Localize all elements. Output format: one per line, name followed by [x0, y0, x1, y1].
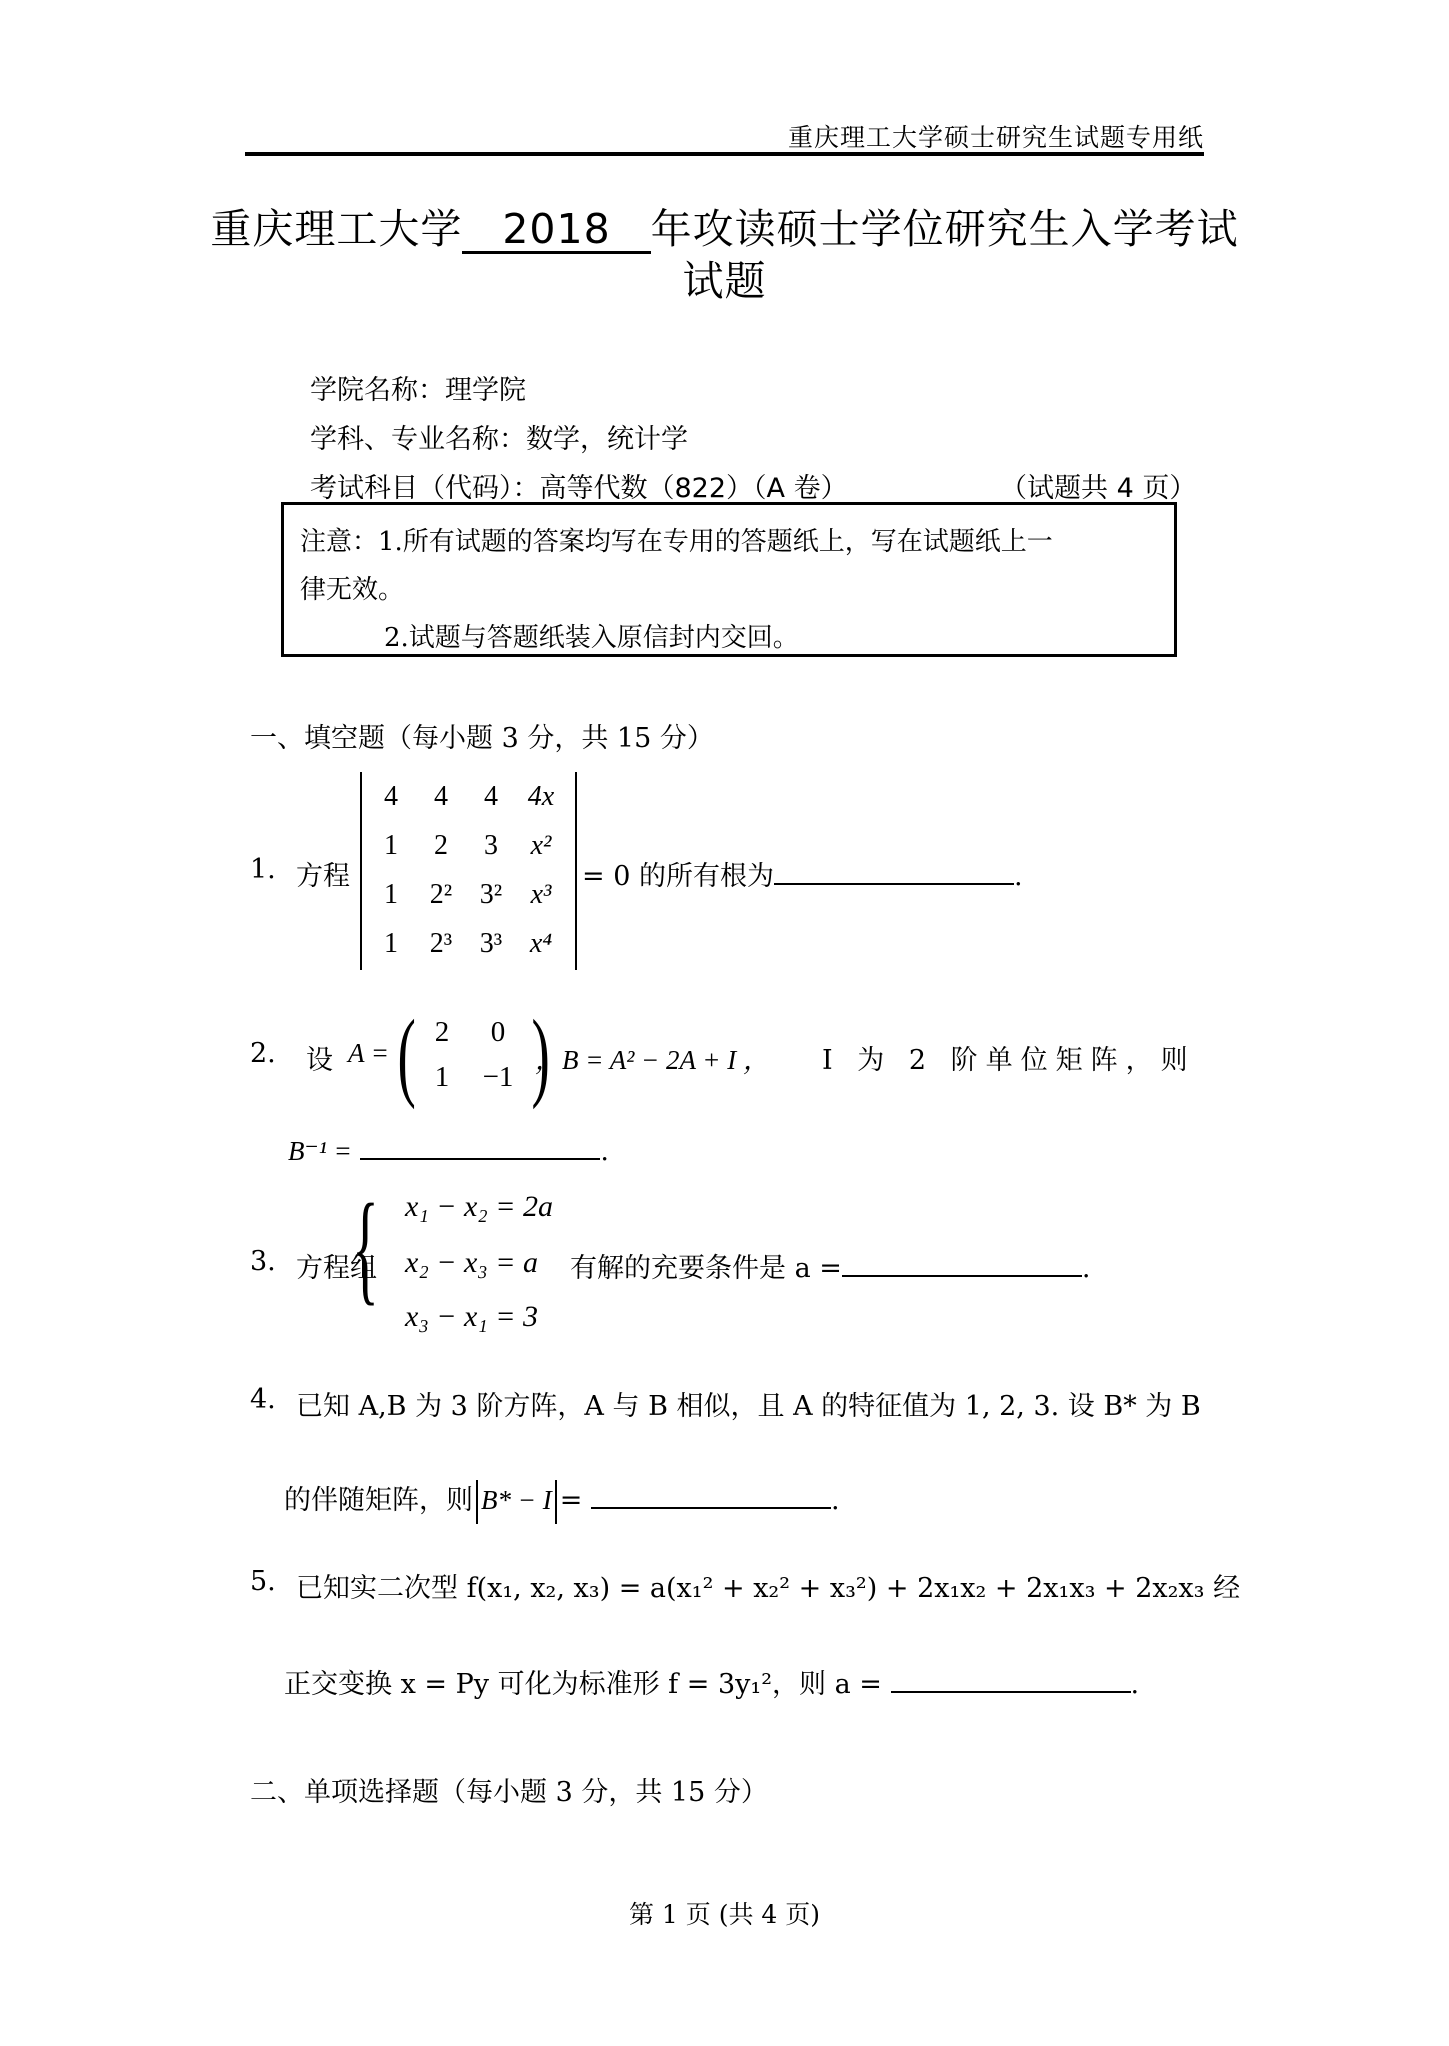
q1-tail: = 0 的所有根为.	[582, 854, 1023, 893]
q5-answer-blank[interactable]	[891, 1665, 1131, 1693]
section-2-heading: 二、单项选择题（每小题 3 分，共 15 分）	[250, 1770, 768, 1809]
q2-line2: B⁻¹ = .	[288, 1132, 609, 1167]
title-line2: 试题	[683, 257, 767, 305]
college-name: 学院名称：理学院	[310, 368, 526, 407]
q5-line2: 正交变换 x = Py 可化为标准形 f = 3y₁²，则 a = .	[284, 1662, 1139, 1701]
page-header-text: 重庆理工大学硕士研究生试题专用纸	[0, 118, 1204, 154]
q4-line1: 已知 A,B 为 3 阶方阵，A 与 B 相似，且 A 的特征值为 1, 2, …	[296, 1384, 1201, 1423]
q2-text: I 为 2 阶单位矩阵，则	[822, 1038, 1196, 1077]
title-year: 2018	[462, 207, 650, 254]
q5-number: 5.	[250, 1566, 276, 1597]
q3-eq-3: x₃ − x₁ = 3	[405, 1300, 538, 1334]
page-count: （试题共 4 页）	[1000, 466, 1196, 505]
q1-answer-blank[interactable]	[774, 857, 1014, 885]
section-1-heading: 一、填空题（每小题 3 分，共 15 分）	[250, 716, 714, 755]
notice-line-2: 律无效。	[300, 569, 404, 606]
q3-number: 3.	[250, 1246, 276, 1277]
notice-box: 注意：1.所有试题的答案均写在专用的答题纸上，写在试题纸上一 律无效。 2.试题…	[281, 502, 1177, 657]
header-rule	[245, 152, 1204, 156]
q2-a-label: A =	[348, 1038, 389, 1069]
notice-line-1: 注意：1.所有试题的答案均写在专用的答题纸上，写在试题纸上一	[300, 521, 1053, 558]
left-brace-icon: {	[352, 1188, 379, 1308]
q1-lead: 方程	[296, 854, 350, 893]
q2-matrix-a: ( 20 1−1 )	[396, 1010, 548, 1100]
q4-answer-blank[interactable]	[591, 1481, 831, 1509]
exam-subject: 考试科目（代码）：高等代数（822）（A 卷）	[310, 466, 848, 505]
q1-determinant: 4444x 123x² 12²3²x³ 12³3³x⁴	[360, 772, 577, 970]
q2-lead: 设	[306, 1038, 333, 1077]
q1-number: 1.	[250, 854, 276, 885]
title-prefix: 重庆理工大学	[210, 205, 462, 253]
q3-answer-blank[interactable]	[842, 1249, 1082, 1277]
q2-number: 2.	[250, 1038, 276, 1069]
q5-line1: 已知实二次型 f(x₁, x₂, x₃) = a(x₁² + x₂² + x₃²…	[296, 1566, 1240, 1605]
title-suffix: 年攻读硕士学位研究生入学考试	[651, 205, 1239, 253]
q4-number: 4.	[250, 1384, 276, 1415]
exam-title: 重庆理工大学2018年攻读硕士学位研究生入学考试 试题	[0, 203, 1449, 307]
major-name: 学科、专业名称：数学，统计学	[310, 417, 688, 456]
q4-line2: 的伴随矩阵，则B* − I= .	[284, 1478, 840, 1524]
det-bar-right	[555, 1480, 557, 1524]
q2-expr-b: ，B = A² − 2A + I ，	[535, 1038, 770, 1077]
q3-tail: 有解的充要条件是 a =.	[570, 1246, 1090, 1285]
q3-eq-1: x₁ − x₂ = 2a	[405, 1190, 553, 1224]
q3-eq-2: x₂ − x₃ = a	[405, 1246, 538, 1280]
q2-answer-blank[interactable]	[360, 1132, 600, 1160]
page-footer: 第 1 页 (共 4 页)	[0, 1895, 1449, 1931]
det-bar-left	[476, 1480, 478, 1524]
notice-line-3: 2.试题与答题纸装入原信封内交回。	[384, 617, 799, 654]
